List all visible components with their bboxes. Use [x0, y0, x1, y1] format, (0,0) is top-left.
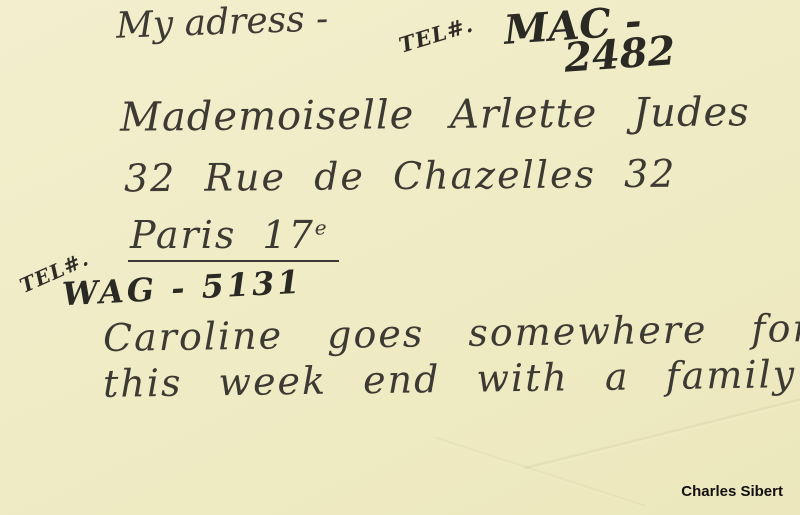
- city-arrondissement-ordinal: e: [315, 215, 329, 239]
- city-name: Paris 17: [130, 213, 315, 257]
- note-heading: My adress -: [115, 0, 328, 45]
- paper-crease: [524, 394, 800, 472]
- photo-credit: Charles Sibert: [681, 483, 783, 500]
- recipient-name: Mademoiselle Arlette Judes: [120, 91, 750, 138]
- paper-crease: [435, 436, 646, 509]
- city-line: Paris 17e: [128, 216, 339, 262]
- message-line-1: Caroline goes somewhere for: [103, 309, 800, 359]
- phone-top-digits: 2482: [563, 30, 677, 80]
- street-address: 32 Rue de Chazelles 32: [124, 155, 677, 200]
- phone-number-left: WAG - 5131: [61, 266, 303, 312]
- message-line-2: this week end with a family: [103, 355, 797, 405]
- tel-label-top: TEL#.: [396, 13, 475, 56]
- phone-number-top: MAC - 2482: [503, 0, 677, 84]
- note-paper: My adress - TEL#. MAC - 2482 Mademoisell…: [0, 0, 800, 515]
